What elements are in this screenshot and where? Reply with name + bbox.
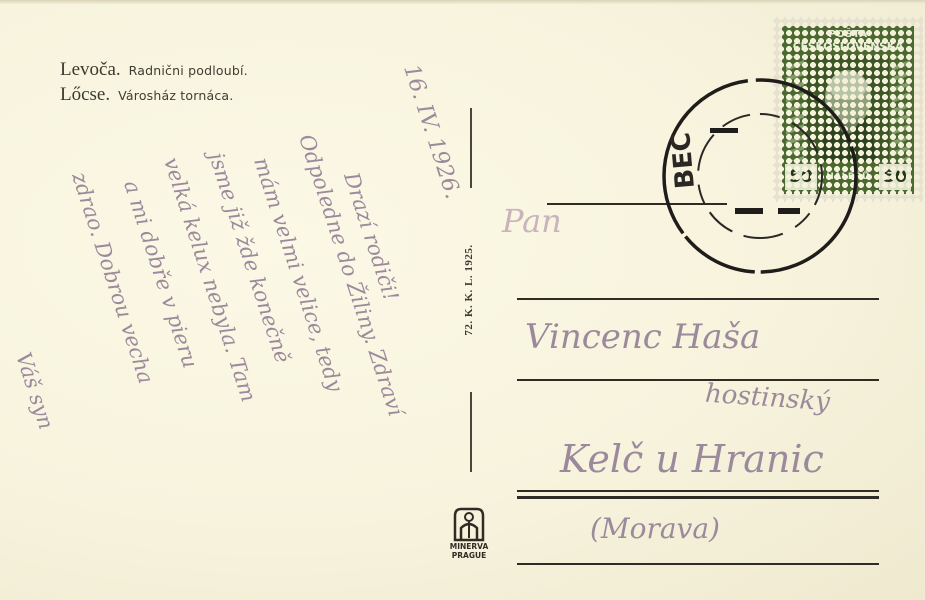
logo-text-prague: PRAGUE: [449, 552, 489, 560]
address-line-4a: [517, 490, 879, 492]
address-salutation: Pan: [502, 205, 562, 237]
address-region: (Morava): [590, 515, 720, 543]
handwritten-message: Drazí rodiči! Odpoledne do Žiliny. Zdrav…: [30, 60, 450, 600]
card-edge: [0, 0, 925, 4]
postmark-cancellation-icon: ВЕС: [660, 76, 860, 276]
center-divider-bottom: [470, 392, 472, 472]
address-town: Kelč u Hranic: [560, 440, 824, 478]
laurel-right-icon: [892, 56, 910, 161]
minerva-logo: MINERVA PRAGUE: [449, 506, 489, 562]
stamp-posta-text: POŠTA: [782, 30, 914, 40]
stamp-country-text: ČESKOSLOVENSKÁ: [782, 41, 914, 52]
center-divider-top: [470, 108, 472, 188]
publisher-imprint: 72. K. K. L. 1925.: [463, 244, 475, 335]
address-line-5: [517, 563, 879, 565]
address-line-3: [517, 379, 879, 381]
address-name: Vincenc Haša: [525, 320, 760, 354]
stamp-value-right: 50: [879, 164, 911, 190]
address-line-4b: [517, 496, 879, 499]
postcard-back: Levoča.Radnični podloubí. Lőcse.Városház…: [0, 0, 925, 600]
address-line-2: [517, 298, 879, 300]
postmark-text: ВЕС: [666, 131, 701, 190]
message-line: Váš syn: [12, 350, 57, 432]
logo-text-minerva: MINERVA: [449, 543, 489, 551]
address-occupation: hostinský: [704, 381, 831, 416]
minerva-emblem-icon: [449, 506, 489, 542]
